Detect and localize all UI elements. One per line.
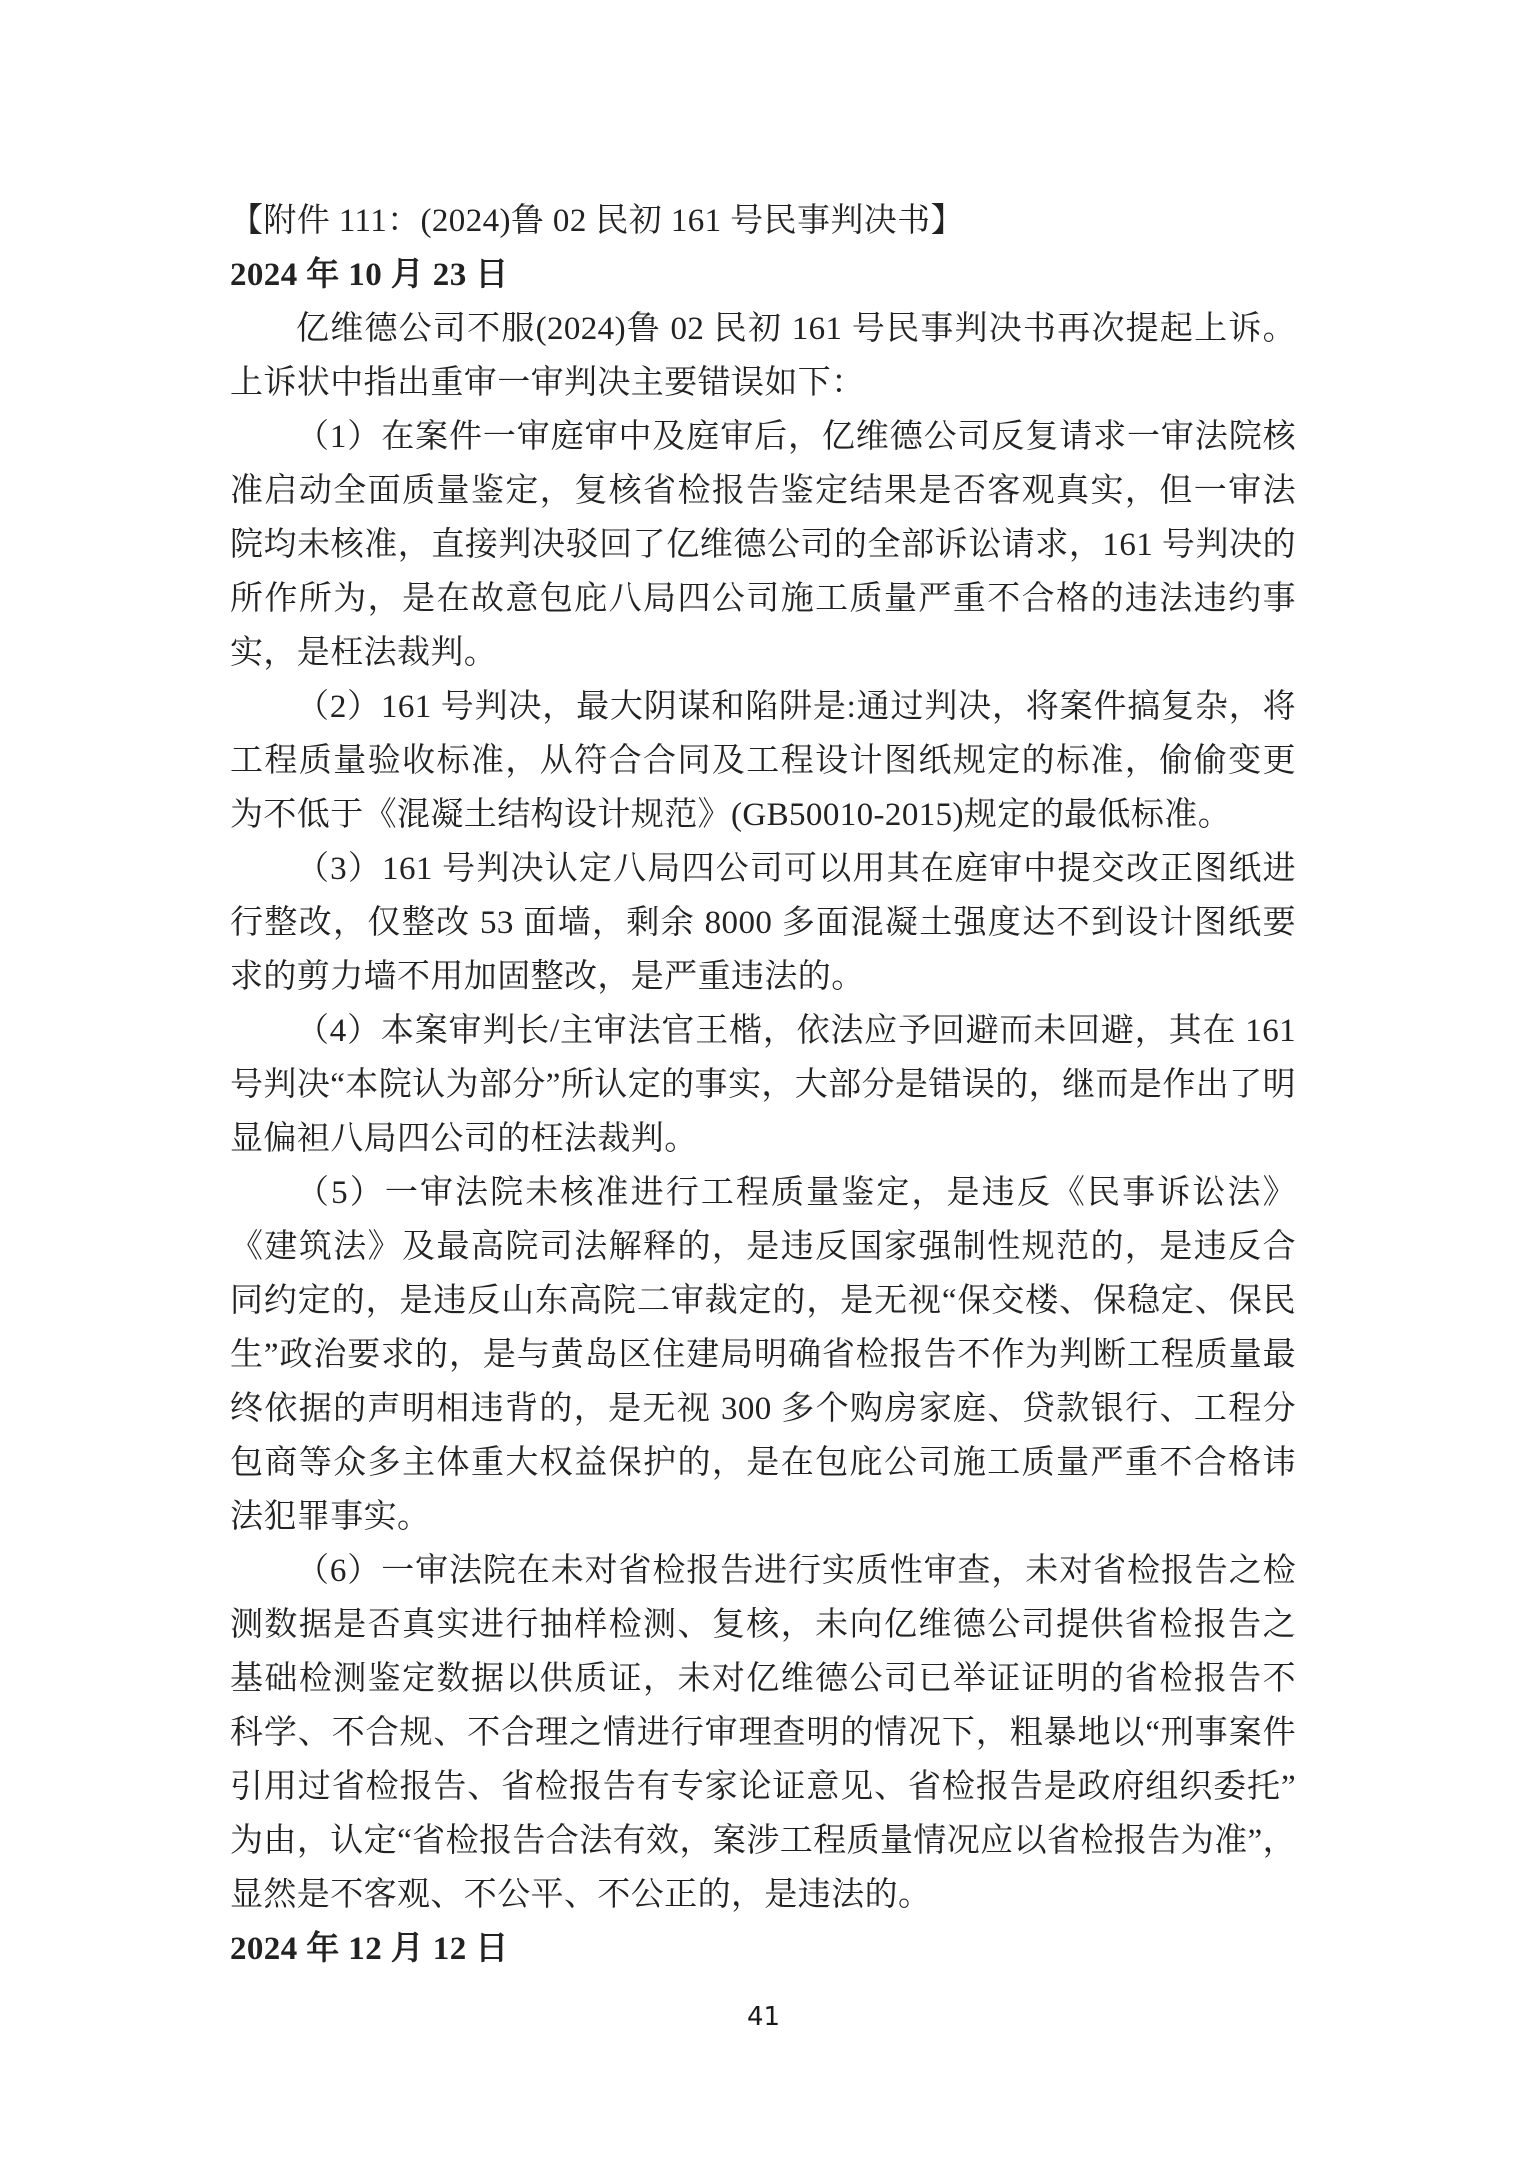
attachment-title: 【附件 111：(2024)鲁 02 民初 161 号民事判决书】 [230, 194, 1296, 248]
paragraph-point-2: （2）161 号判决，最大阴谋和陷阱是:通过判决，将案件搞复杂，将工程质量验收标… [230, 680, 1296, 842]
document-page: 【附件 111：(2024)鲁 02 民初 161 号民事判决书】 2024 年… [0, 0, 1527, 2160]
paragraph-point-4: （4）本案审判长/主审法官王楷，依法应予回避而未回避，其在 161 号判决“本院… [230, 1004, 1296, 1166]
page-number: 41 [0, 2002, 1527, 2032]
paragraph-point-3: （3）161 号判决认定八局四公司可以用其在庭审中提交改正图纸进行整改，仅整改 … [230, 842, 1296, 1004]
paragraph-point-6: （6）一审法院在未对省检报告进行实质性审查，未对省检报告之检测数据是否真实进行抽… [230, 1544, 1296, 1922]
date-line-end: 2024 年 12 月 12 日 [230, 1922, 1296, 1976]
document-body: 【附件 111：(2024)鲁 02 民初 161 号民事判决书】 2024 年… [230, 194, 1296, 1976]
paragraph-point-5: （5）一审法院未核准进行工程质量鉴定，是违反《民事诉讼法》《建筑法》及最高院司法… [230, 1166, 1296, 1544]
paragraph-point-1: （1）在案件一审庭审中及庭审后，亿维德公司反复请求一审法院核准启动全面质量鉴定，… [230, 410, 1296, 680]
paragraph-intro: 亿维德公司不服(2024)鲁 02 民初 161 号民事判决书再次提起上诉。上诉… [230, 302, 1296, 410]
date-line-start: 2024 年 10 月 23 日 [230, 248, 1296, 302]
